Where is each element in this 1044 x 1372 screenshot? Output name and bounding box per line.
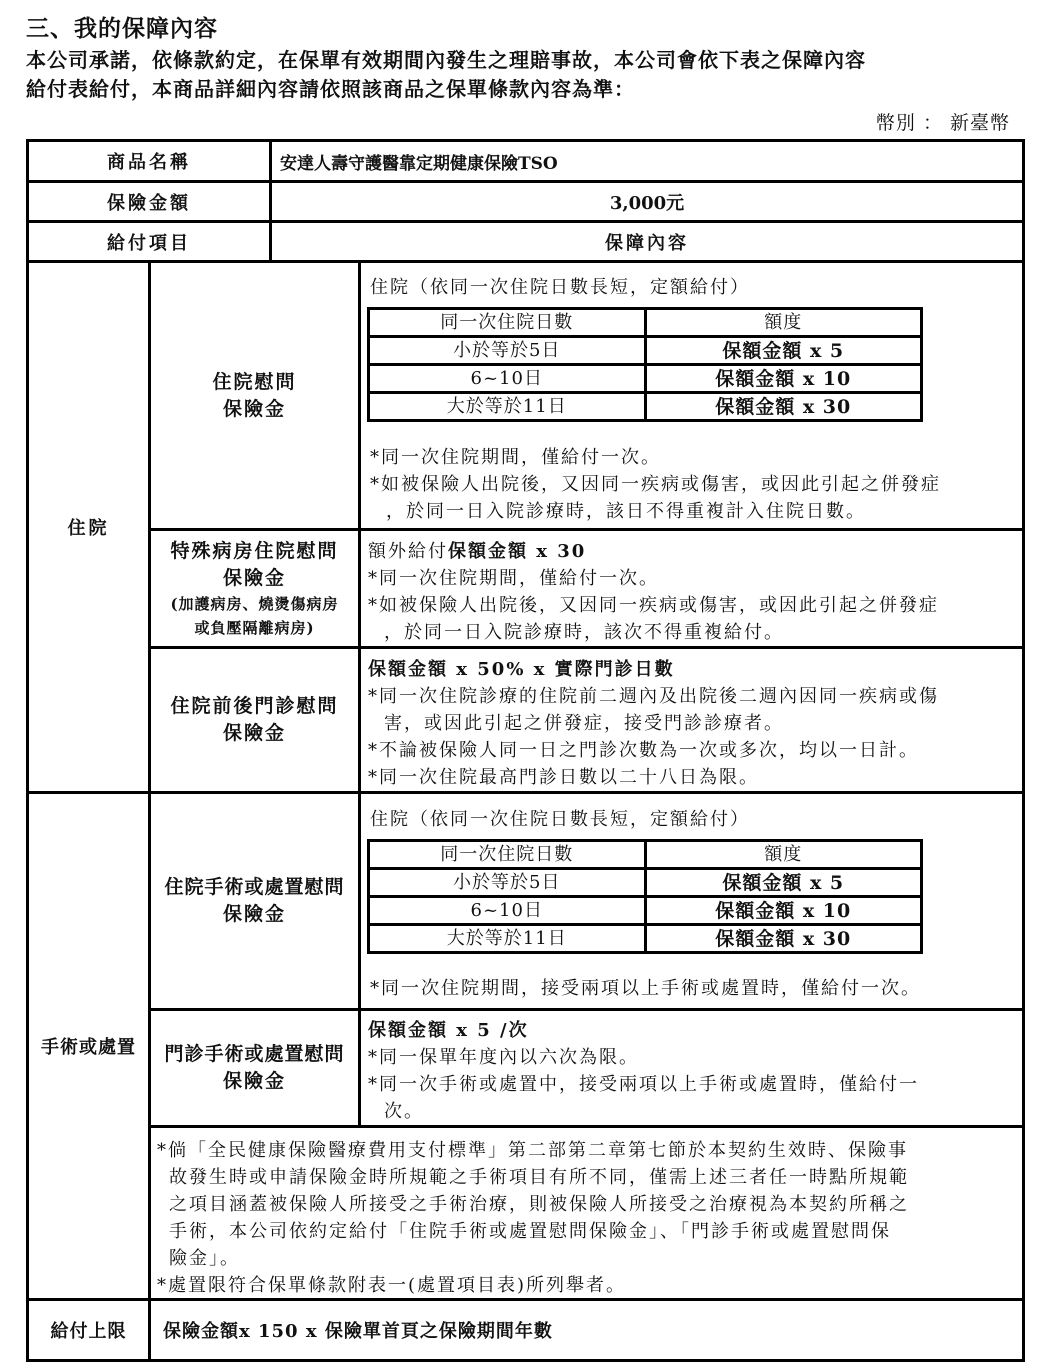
divider — [358, 260, 361, 1127]
amount-cell: 保額金額 x 5 — [645, 869, 922, 897]
intro-line-1: 本公司承諾，依條款約定，在保單有效期間內發生之理賠事故，本公司會依下表之保障內容 — [26, 46, 1026, 75]
footnote: *處置限符合保單條款附表一(處置項目表)所列舉者。 — [157, 1272, 909, 1299]
hospitalization-consolation-notes: *同一次住院期間，僅給付一次。 *如被保險人出院後，又因同一疾病或傷害，或因此引… — [370, 444, 941, 525]
col-header-days: 同一次住院日數 — [369, 309, 646, 337]
special-ward-content: 額外給付保額金額 x 30 *同一次住院期間，僅給付一次。 *如被保險人出院後，… — [368, 538, 939, 646]
sum-insured-label: 保險金額 — [29, 183, 269, 220]
category-hospitalization: 住院 — [29, 263, 148, 791]
amount-cell: 保額金額 x 10 — [645, 897, 922, 925]
note: 害，或因此引起之併發症，接受門診診療者。 — [368, 710, 939, 737]
intro-line-2: 給付表給付，本商品詳細內容請依照該商品之保單條款內容為準： — [26, 75, 1026, 104]
days-cell: 大於等於11日 — [369, 925, 646, 953]
footnote: *倘「全民健康保險醫療費用支付標準」第二部第二章第七節於本契約生效時、保險事 — [157, 1137, 909, 1164]
amount-cell: 保額金額 x 30 — [645, 925, 922, 953]
days-cell: 小於等於5日 — [369, 869, 646, 897]
divider — [148, 1125, 1025, 1128]
note: *同一次住院期間，僅給付一次。 — [370, 444, 941, 471]
note: ，於同一日入院診療時，該日不得重複計入住院日數。 — [370, 498, 941, 525]
days-cell: 6~10日 — [369, 365, 646, 393]
section-title: 三、我的保障內容 — [26, 10, 218, 43]
payment-limit-label: 給付上限 — [29, 1301, 148, 1359]
inpatient-surgery-notes: *同一次住院期間，接受兩項以上手術或處置時，僅給付一次。 — [370, 975, 921, 1002]
amount-cell: 保額金額 x 10 — [645, 365, 922, 393]
item-outpatient-consolation: 住院前後門診慰問 保險金 — [151, 649, 358, 791]
note: *同一次住院期間，僅給付一次。 — [368, 565, 939, 592]
currency-label: 幣別 ： 新臺幣 — [876, 108, 1010, 135]
product-name-value: 安達人壽守護醫靠定期健康保險TSO — [272, 142, 1022, 180]
days-cell: 小於等於5日 — [369, 337, 646, 365]
surgery-days-table: 同一次住院日數 額度 小於等於5日 保額金額 x 5 6~10日 保額金額 x … — [367, 839, 923, 954]
hospitalization-consolation-content: 住院（依同一次住院日數長短，定額給付） — [370, 274, 750, 301]
note: 次。 — [368, 1098, 919, 1125]
amount-cell: 保額金額 x 5 — [645, 337, 922, 365]
days-cell: 大於等於11日 — [369, 393, 646, 421]
col-header-amount: 額度 — [645, 309, 922, 337]
outpatient-content: 保額金額 x 50% x 實際門診日數 *同一次住院診療的住院前二週內及出院後二… — [368, 656, 939, 791]
note: *如被保險人出院後，又因同一疾病或傷害，或因此引起之併發症 — [370, 471, 941, 498]
note: *不論被保險人同一日之門診次數為一次或多次，均以一日計。 — [368, 737, 939, 764]
surgery-footnotes: *倘「全民健康保險醫療費用支付標準」第二部第二章第七節於本契約生效時、保險事 故… — [157, 1137, 909, 1299]
payment-limit-value: 保險金額x 150 x 保險單首頁之保險期間年數 — [151, 1301, 1022, 1359]
intro-text: 住院（依同一次住院日數長短，定額給付） — [370, 806, 750, 833]
note: *如被保險人出院後，又因同一疾病或傷害，或因此引起之併發症 — [368, 592, 939, 619]
intro-text: 住院（依同一次住院日數長短，定額給付） — [370, 274, 750, 301]
sum-insured-value: 3,000元 — [272, 183, 1022, 220]
benefit-content-label: 保障內容 — [272, 223, 1022, 260]
note: *同一保單年度內以六次為限。 — [368, 1044, 919, 1071]
benefit-item-label: 給付項目 — [29, 223, 269, 260]
product-name-label: 商品名稱 — [29, 142, 269, 180]
note: *同一次住院診療的住院前二週內及出院後二週內因同一疾病或傷 — [368, 683, 939, 710]
section-intro: 本公司承諾，依條款約定，在保單有效期間內發生之理賠事故，本公司會依下表之保障內容… — [26, 46, 1026, 104]
inpatient-surgery-content: 住院（依同一次住院日數長短，定額給付） — [370, 806, 750, 833]
note: ，於同一日入院診療時，該次不得重複給付。 — [368, 619, 939, 646]
note: *同一次住院最高門診日數以二十八日為限。 — [368, 764, 939, 791]
amount-cell: 保額金額 x 30 — [645, 393, 922, 421]
footnote: 之項目涵蓋被保險人所接受之手術治療，則被保險人所接受之治療視為本契約所稱之 — [157, 1191, 909, 1218]
lead-text: 保額金額 x 50% x 實際門診日數 — [368, 656, 939, 683]
item-hospitalization-consolation: 住院慰問 保險金 — [151, 263, 358, 528]
outpatient-surgery-content: 保額金額 x 5 /次 *同一保單年度內以六次為限。 *同一次手術或處置中，接受… — [368, 1017, 919, 1125]
item-outpatient-surgery-consolation: 門診手術或處置慰問 保險金 — [151, 1011, 358, 1125]
lead-text: 保額金額 x 5 /次 — [368, 1017, 919, 1044]
footnote: 手術，本公司依約定給付「住院手術或處置慰問保險金」、「門診手術或處置慰問保 — [157, 1218, 909, 1245]
days-cell: 6~10日 — [369, 897, 646, 925]
hospitalization-days-table: 同一次住院日數 額度 小於等於5日 保額金額 x 5 6~10日 保額金額 x … — [367, 307, 923, 422]
category-surgery: 手術或處置 — [29, 794, 148, 1298]
item-special-ward-consolation: 特殊病房住院慰問 保險金 (加護病房、燒燙傷病房 或負壓隔離病房) — [151, 531, 358, 646]
note: *同一次住院期間，接受兩項以上手術或處置時，僅給付一次。 — [370, 975, 921, 1002]
col-header-days: 同一次住院日數 — [369, 841, 646, 869]
footnote: 故發生時或申請保險金時所規範之手術項目有所不同，僅需上述三者任一時點所規範 — [157, 1164, 909, 1191]
note: *同一次手術或處置中，接受兩項以上手術或處置時，僅給付一 — [368, 1071, 919, 1098]
footnote: 險金」。 — [157, 1245, 909, 1272]
lead-text: 額外給付保額金額 x 30 — [368, 538, 939, 565]
item-inpatient-surgery-consolation: 住院手術或處置慰問 保險金 — [151, 794, 358, 1008]
col-header-amount: 額度 — [645, 841, 922, 869]
